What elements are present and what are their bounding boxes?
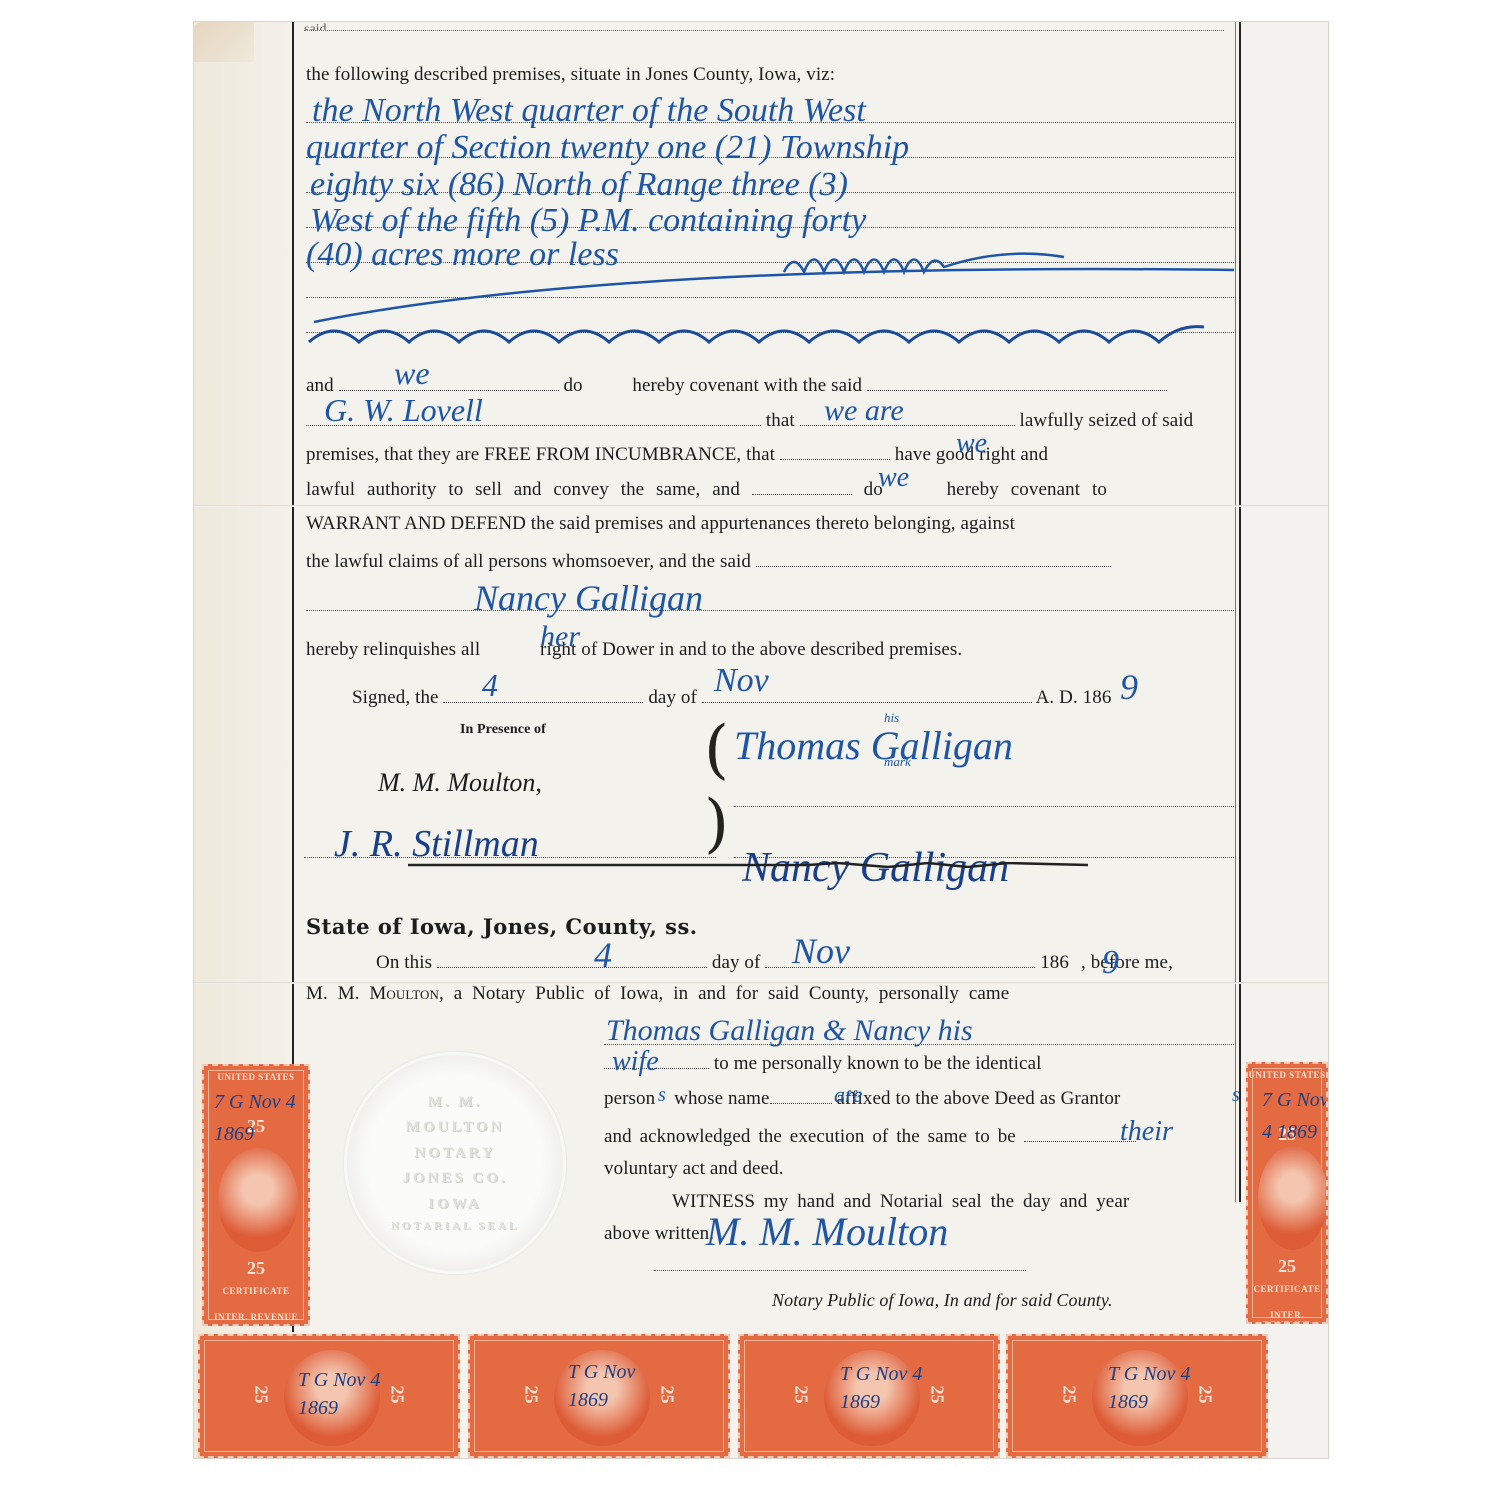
venue-heading: State of Iowa, Jones, County, ss. xyxy=(306,914,698,939)
stained-corner xyxy=(194,22,254,62)
revenue-stamp-bottom-2: 25 25 T G Nov 1869 xyxy=(468,1334,730,1458)
right-border-rule xyxy=(1239,22,1241,1202)
hand-we: we xyxy=(956,428,987,460)
text: hereby relinquishes all xyxy=(306,639,480,660)
dotted-line xyxy=(654,1270,1026,1271)
voluntary-line: voluntary act and deed. xyxy=(604,1158,784,1180)
hand-sign-year-digit: 9 xyxy=(1120,666,1138,708)
text: premises, that they are FREE FROM INCUMB… xyxy=(306,444,775,465)
text: , before me, xyxy=(1081,952,1173,973)
hand-relinquishing-wife-name: Nancy Galligan xyxy=(474,577,703,619)
blank xyxy=(867,389,1167,391)
stamp-band: UNITED STATES xyxy=(1248,1070,1326,1080)
hand-sign-month: Nov xyxy=(714,662,769,700)
revenue-stamp-left: UNITED STATES 25 25 CERTIFICATE INTER. R… xyxy=(202,1064,310,1326)
hand-sign-day: 4 xyxy=(482,667,498,704)
text: lawful authority to sell and convey the … xyxy=(306,479,740,500)
premises-intro: the following described premises, situat… xyxy=(306,64,835,86)
notary-title: Notary Public of Iowa, In and for said C… xyxy=(772,1290,1113,1311)
hand-we: we xyxy=(394,355,430,392)
above-written: above written. xyxy=(604,1223,714,1245)
text: Signed, the xyxy=(352,687,439,708)
premises-hand-line-3: eighty six (86) North of Range three (3) xyxy=(310,166,848,204)
text: On this xyxy=(376,952,432,973)
stamp-cancellation: T G Nov 1869 xyxy=(568,1358,678,1414)
dotted-line xyxy=(306,610,1236,611)
filler-scribble xyxy=(304,232,1244,352)
acknowledged-line: and acknowledged the execution of the sa… xyxy=(604,1126,1136,1148)
stamp-denomination: 25 xyxy=(791,1386,812,1404)
blank xyxy=(437,966,707,968)
stamp-denomination: 25 xyxy=(1059,1386,1080,1404)
text: day of xyxy=(712,952,761,973)
stamp-cancellation: T G Nov 4 1869 xyxy=(298,1366,408,1422)
seal-text: M. M. MOULTON xyxy=(390,1090,520,1141)
blank xyxy=(443,701,643,703)
seal-text: NOTARIAL SEAL xyxy=(390,1217,520,1236)
top-fragment-text: said xyxy=(304,22,1224,31)
text: that xyxy=(766,410,795,431)
blank xyxy=(752,493,852,495)
hand-we: we xyxy=(878,462,909,494)
blank xyxy=(780,458,890,460)
text: right of Dower in and to the above descr… xyxy=(540,639,962,660)
right-border-thin-rule xyxy=(1235,22,1236,1202)
hand-wife: wife xyxy=(612,1046,659,1078)
text: hereby covenant to xyxy=(947,479,1107,500)
text: day of xyxy=(648,687,697,708)
stamp-cancellation: T G Nov 4 1869 xyxy=(840,1360,950,1416)
stamp-cancellation: T G Nov 4 1869 xyxy=(1108,1360,1218,1416)
blank xyxy=(770,1102,832,1104)
witness-printed-name: M. M. Moulton, xyxy=(378,768,542,798)
hand-their: their xyxy=(1120,1116,1173,1148)
hand-persons-came: Thomas Galligan & Nancy his xyxy=(606,1014,973,1048)
fold-line xyxy=(194,505,1328,507)
notary-signature: M. M. Moulton xyxy=(706,1208,948,1255)
embossed-notarial-seal: M. M. MOULTON NOTARY JONES CO. IOWA NOTA… xyxy=(344,1052,566,1274)
covenant-line-4: lawful authority to sell and convey the … xyxy=(306,479,1107,501)
stamp-cancellation: 7 G Nov 4 1869 xyxy=(214,1086,304,1150)
text: , a Notary Public of Iowa, in and for sa… xyxy=(439,983,1009,1004)
stamp-label: CERTIFICATE xyxy=(204,1286,308,1296)
known-line: to me personally known to be the identic… xyxy=(604,1053,1042,1075)
witness-signature: J. R. Stillman xyxy=(334,822,539,866)
premises-hand-line-1: the North West quarter of the South West xyxy=(312,92,866,130)
blank xyxy=(702,701,1032,703)
notary-line: M. M. Moulton, a Notary Public of Iowa, … xyxy=(306,983,1009,1005)
text: hereby covenant with the said xyxy=(632,375,862,396)
notary-name: M. M. Moulton xyxy=(306,983,439,1004)
dotted-line xyxy=(734,806,1234,807)
seal-text: JONES CO. xyxy=(390,1166,520,1192)
revenue-stamp-bottom-1: 25 25 T G Nov 4 1869 xyxy=(198,1334,460,1458)
hand-her: her xyxy=(540,620,580,654)
text: A. D. 186 xyxy=(1036,687,1112,708)
grantor-signature-thomas: Thomas Galligan xyxy=(734,722,1013,769)
seal-text: IOWA xyxy=(390,1192,520,1218)
text: 186 xyxy=(1040,952,1069,973)
mark-note-his: his xyxy=(884,710,899,726)
grantor-signature-nancy: Nancy Galligan xyxy=(742,844,1009,892)
in-presence-of-label: In Presence of xyxy=(460,722,546,738)
blank xyxy=(1024,1140,1136,1142)
blank xyxy=(756,565,1111,567)
covenant-line-8: hereby relinquishes all right of Dower i… xyxy=(306,639,962,661)
stamp-denomination: 25 xyxy=(521,1386,542,1404)
deed-document: said the following described premises, s… xyxy=(194,22,1328,1458)
text: do xyxy=(563,375,582,396)
mark-note-mark: mark xyxy=(884,754,911,770)
stamp-denomination: 25 xyxy=(1248,1256,1326,1277)
hand-grantee-name: G. W. Lovell xyxy=(324,392,483,429)
stamp-band: UNITED STATES xyxy=(204,1072,308,1082)
revenue-stamp-bottom-4: 25 25 T G Nov 4 1869 xyxy=(1006,1334,1268,1458)
stamp-portrait xyxy=(218,1148,298,1252)
hand-are: are xyxy=(834,1082,863,1108)
stamp-denomination: 25 xyxy=(204,1258,308,1279)
covenant-line-6: the lawful claims of all persons whomsoe… xyxy=(306,551,1111,573)
hand-ack-month: Nov xyxy=(792,930,850,972)
ornamental-rule xyxy=(408,862,1088,868)
text: the lawful claims of all persons whomsoe… xyxy=(306,551,751,572)
dotted-line xyxy=(304,857,716,858)
brace-bottom: ( xyxy=(704,792,729,856)
text: affixed to the above Deed as Grantor xyxy=(836,1088,1120,1109)
premises-hand-line-2: quarter of Section twenty one (21) Towns… xyxy=(306,129,909,167)
text: whose name xyxy=(674,1088,769,1109)
hand-we-are: we are xyxy=(824,394,904,428)
hand-ack-day: 4 xyxy=(594,934,612,976)
stamp-band: INTER. REVENUE xyxy=(204,1312,308,1322)
stamp-band: INTER. REVENUE xyxy=(1248,1310,1326,1324)
brace-top: ( xyxy=(704,718,729,782)
stamp-portrait xyxy=(1258,1146,1328,1250)
text: person xyxy=(604,1088,655,1109)
seal-text: NOTARY xyxy=(390,1141,520,1167)
blank xyxy=(339,389,559,391)
ack-date-line: On this day of 186, before me, xyxy=(376,952,1173,974)
text: and acknowledged the execution of the sa… xyxy=(604,1126,1016,1147)
text: to me personally known to be the identic… xyxy=(714,1053,1042,1074)
hand-ack-year-digit: 9 xyxy=(1102,944,1119,982)
revenue-stamp-bottom-3: 25 25 T G Nov 4 1869 xyxy=(738,1334,1000,1458)
stamp-label: CERTIFICATE xyxy=(1248,1284,1326,1294)
stamp-cancellation: 7 G Nov 4 1869 xyxy=(1262,1084,1328,1148)
covenant-line-3: premises, that they are FREE FROM INCUMB… xyxy=(306,444,1048,466)
stamp-denomination: 25 xyxy=(251,1386,272,1404)
revenue-stamp-right: UNITED STATES 25 25 CERTIFICATE INTER. R… xyxy=(1246,1062,1328,1324)
hand-s: s xyxy=(658,1084,666,1107)
hand-grantor-s: s xyxy=(1232,1084,1240,1107)
text: lawfully seized of said xyxy=(1019,410,1193,431)
covenant-line-5: WARRANT AND DEFEND the said premises and… xyxy=(306,513,1015,535)
